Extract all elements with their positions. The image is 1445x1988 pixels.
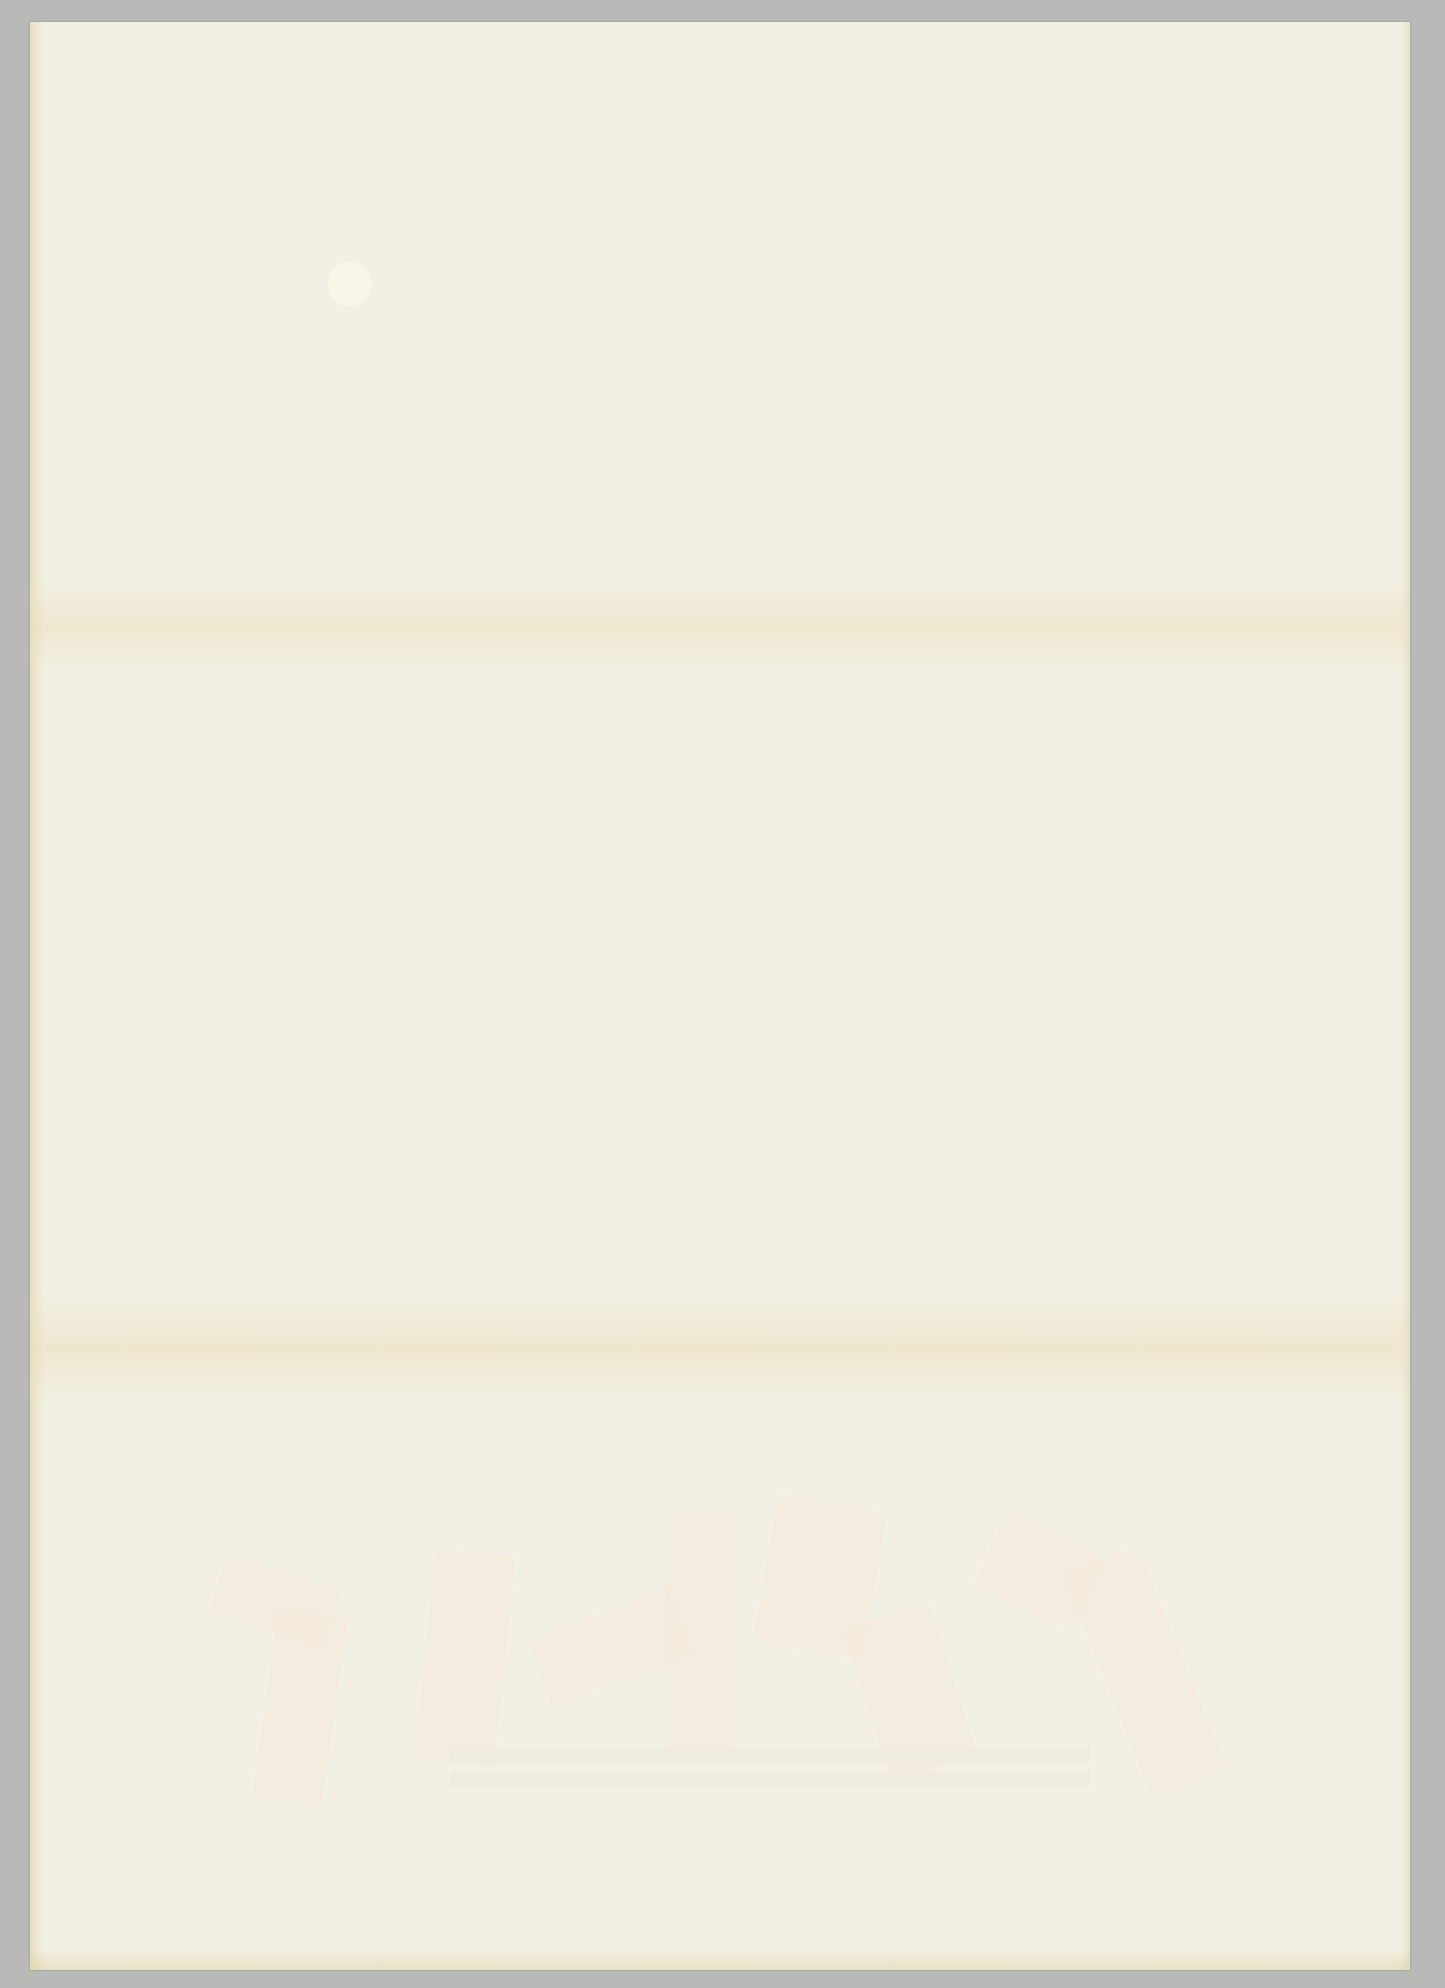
paper-edge-right-yellowing [1400, 22, 1410, 1970]
fold-stain-band-upper [30, 582, 1410, 672]
bleed-through-line-2 [450, 1771, 1090, 1787]
paper-edge-bottom-yellowing [30, 1948, 1410, 1970]
bleed-through-title [360, 130, 1120, 180]
bleed-through-line-1 [450, 1747, 1090, 1763]
bleed-through-circle-mark [328, 262, 372, 306]
poster-back-sheet [30, 22, 1410, 1970]
fold-stain-band-lower [30, 1292, 1410, 1402]
paper-edge-left-yellowing [30, 22, 44, 1970]
bleed-through-body-text [450, 1747, 1090, 1795]
bleed-through-large-glyphs [205, 1492, 1285, 1762]
